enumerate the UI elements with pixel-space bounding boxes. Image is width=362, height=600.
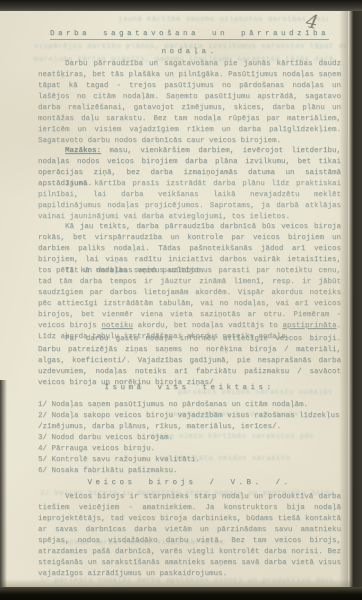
scan-edge-band-top <box>0 0 362 11</box>
summary-heading: Īsumā viss teiktais: <box>38 383 341 394</box>
paragraph-informacija: Par darbu gaitu nodaļa informēs attiecīg… <box>38 334 341 389</box>
paper-edge-shadow-bottom <box>0 579 362 587</box>
paragraph-akordi-text: Tā kā nodaļas saņem pasūtījumus parasti … <box>38 267 341 330</box>
list-item: 2/ Nodaļa sakopo veicos biroju vajadzībā… <box>38 411 341 433</box>
underlined-term: noteiku <box>101 322 133 330</box>
document-title: Darba sagatavošana un pārraudzība <box>38 29 341 40</box>
paper-edge-shadow-right <box>339 0 348 600</box>
scan-edge-band-right <box>348 0 362 600</box>
document-title-text: Darba sagatavošana un pārraudzība <box>50 30 329 40</box>
typewritten-text-layer: Darba sagatavošana un pārraudzība nodaļa… <box>38 0 341 600</box>
underlined-term: Mazākos: <box>65 147 101 155</box>
scan-edge-band-left <box>0 380 7 600</box>
paragraph-akordi-text: akordu, bet nodaļas vadītājs to <box>133 322 283 330</box>
list-item: 5/ Kontrolē savu ražojumu kvalitāti. <box>38 455 341 466</box>
paragraph-intro: Darbu pārraudzība un sagatavošana pie ja… <box>38 59 341 147</box>
scanned-document-page: jaunā kārtība saņems uzlabotos darbības … <box>0 0 362 600</box>
list-item: 6/ Nosaka fabrikātu pašizmaksu. <box>38 466 341 477</box>
paragraph-jauna-kartiba: Jaunā kārtība prasīs izstrādāt darba plā… <box>38 179 341 223</box>
list-item: 4/ Pārrauga veicos biroju. <box>38 444 341 455</box>
paragraph-veicos-birojs: Veicos birojs ir starpnieks starp nodaļu… <box>38 492 341 580</box>
underlined-term: apstiprināta <box>282 322 336 330</box>
list-item: 1/ Nodaļas saņem pasūtījumus no pārdošan… <box>38 400 341 411</box>
scan-edge-band-bottom <box>0 587 362 600</box>
paragraph-akordi: Tā kā nodaļas saņem pasūtījumus parasti … <box>38 266 341 343</box>
document-subtitle: nodaļa. <box>38 47 341 58</box>
section-heading-veicos-birojs: Veicos birojs / V.B. /. <box>38 478 341 489</box>
summary-list: 1/ Nodaļas saņem pasūtījumus no pārdošan… <box>38 400 341 477</box>
list-item: 3/ Nodod darbu veicos birojam. <box>38 433 341 444</box>
